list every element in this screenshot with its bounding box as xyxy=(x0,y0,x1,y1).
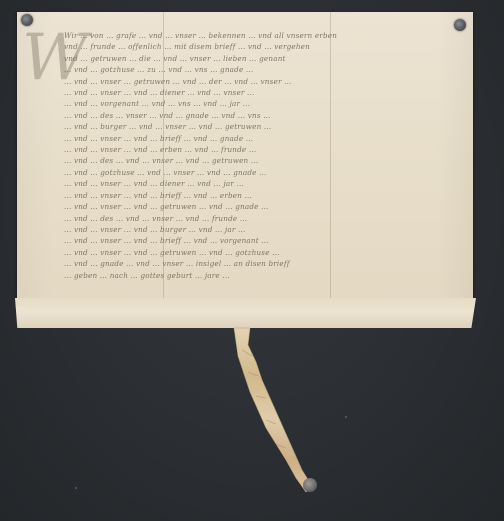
text-line: ... vnd ... vnser ... vnd ... diener ...… xyxy=(64,87,462,98)
dust-speck xyxy=(345,416,347,418)
text-line: ... vnd ... vnser ... vnd ... brieff ...… xyxy=(64,133,462,144)
text-line: ... vnd ... vnser ... vnd ... burger ...… xyxy=(64,224,462,235)
text-line: ... vnd ... vnser ... vnd ... getruwen .… xyxy=(64,247,462,258)
charter-text: Wir ... von ... grafe ... vnd ... vnser … xyxy=(64,30,462,292)
text-line: ... vnd ... vnser ... vnd ... brieff ...… xyxy=(64,190,462,201)
text-line: Wir ... von ... grafe ... vnd ... vnser … xyxy=(64,30,462,41)
text-line: ... vnd ... des ... vnser ... vnd ... gn… xyxy=(64,110,462,121)
text-line: ... vnd ... vnser ... vnd ... erben ... … xyxy=(64,144,462,155)
text-line: ... vnd ... vnser ... vnd ... getruwen .… xyxy=(64,201,462,212)
text-line: ... vnd ... vnser ... vnd ... brieff ...… xyxy=(64,235,462,246)
text-line: ... vnd ... gotzhuse ... vnd ... vnser .… xyxy=(64,167,462,178)
text-line: ... vnd ... des ... vnd ... vnser ... vn… xyxy=(64,213,462,224)
text-line: ... vnd ... gnade ... vnd ... vnser ... … xyxy=(64,258,462,269)
text-line: ... vnd ... vorgenant ... vnd ... vns ..… xyxy=(64,98,462,109)
text-line: ... vnd ... vnser ... vnd ... diener ...… xyxy=(64,178,462,189)
mounting-pin-top-left xyxy=(21,14,33,26)
dust-speck xyxy=(75,487,77,489)
text-line: vnd ... frunde ... offenlich ... mit dis… xyxy=(64,41,462,52)
text-line: ... geben ... nach ... gottes geburt ...… xyxy=(64,270,462,281)
plica-fold xyxy=(15,298,476,328)
text-line: ... vnd ... burger ... vnd ... vnser ...… xyxy=(64,121,462,132)
text-line: ... vnd ... des ... vnd ... vnser ... vn… xyxy=(64,155,462,166)
text-line: vnd ... getruwen ... die ... vnd ... vns… xyxy=(64,53,462,64)
decorated-initial: W xyxy=(22,26,68,176)
text-line: ... vnd ... gotzhuse ... zu ... vnd ... … xyxy=(64,64,462,75)
tag-pin xyxy=(303,478,317,492)
text-line: ... vnd ... vnser ... getruwen ... vnd .… xyxy=(64,76,462,87)
mounting-pin-top-right xyxy=(454,19,466,31)
